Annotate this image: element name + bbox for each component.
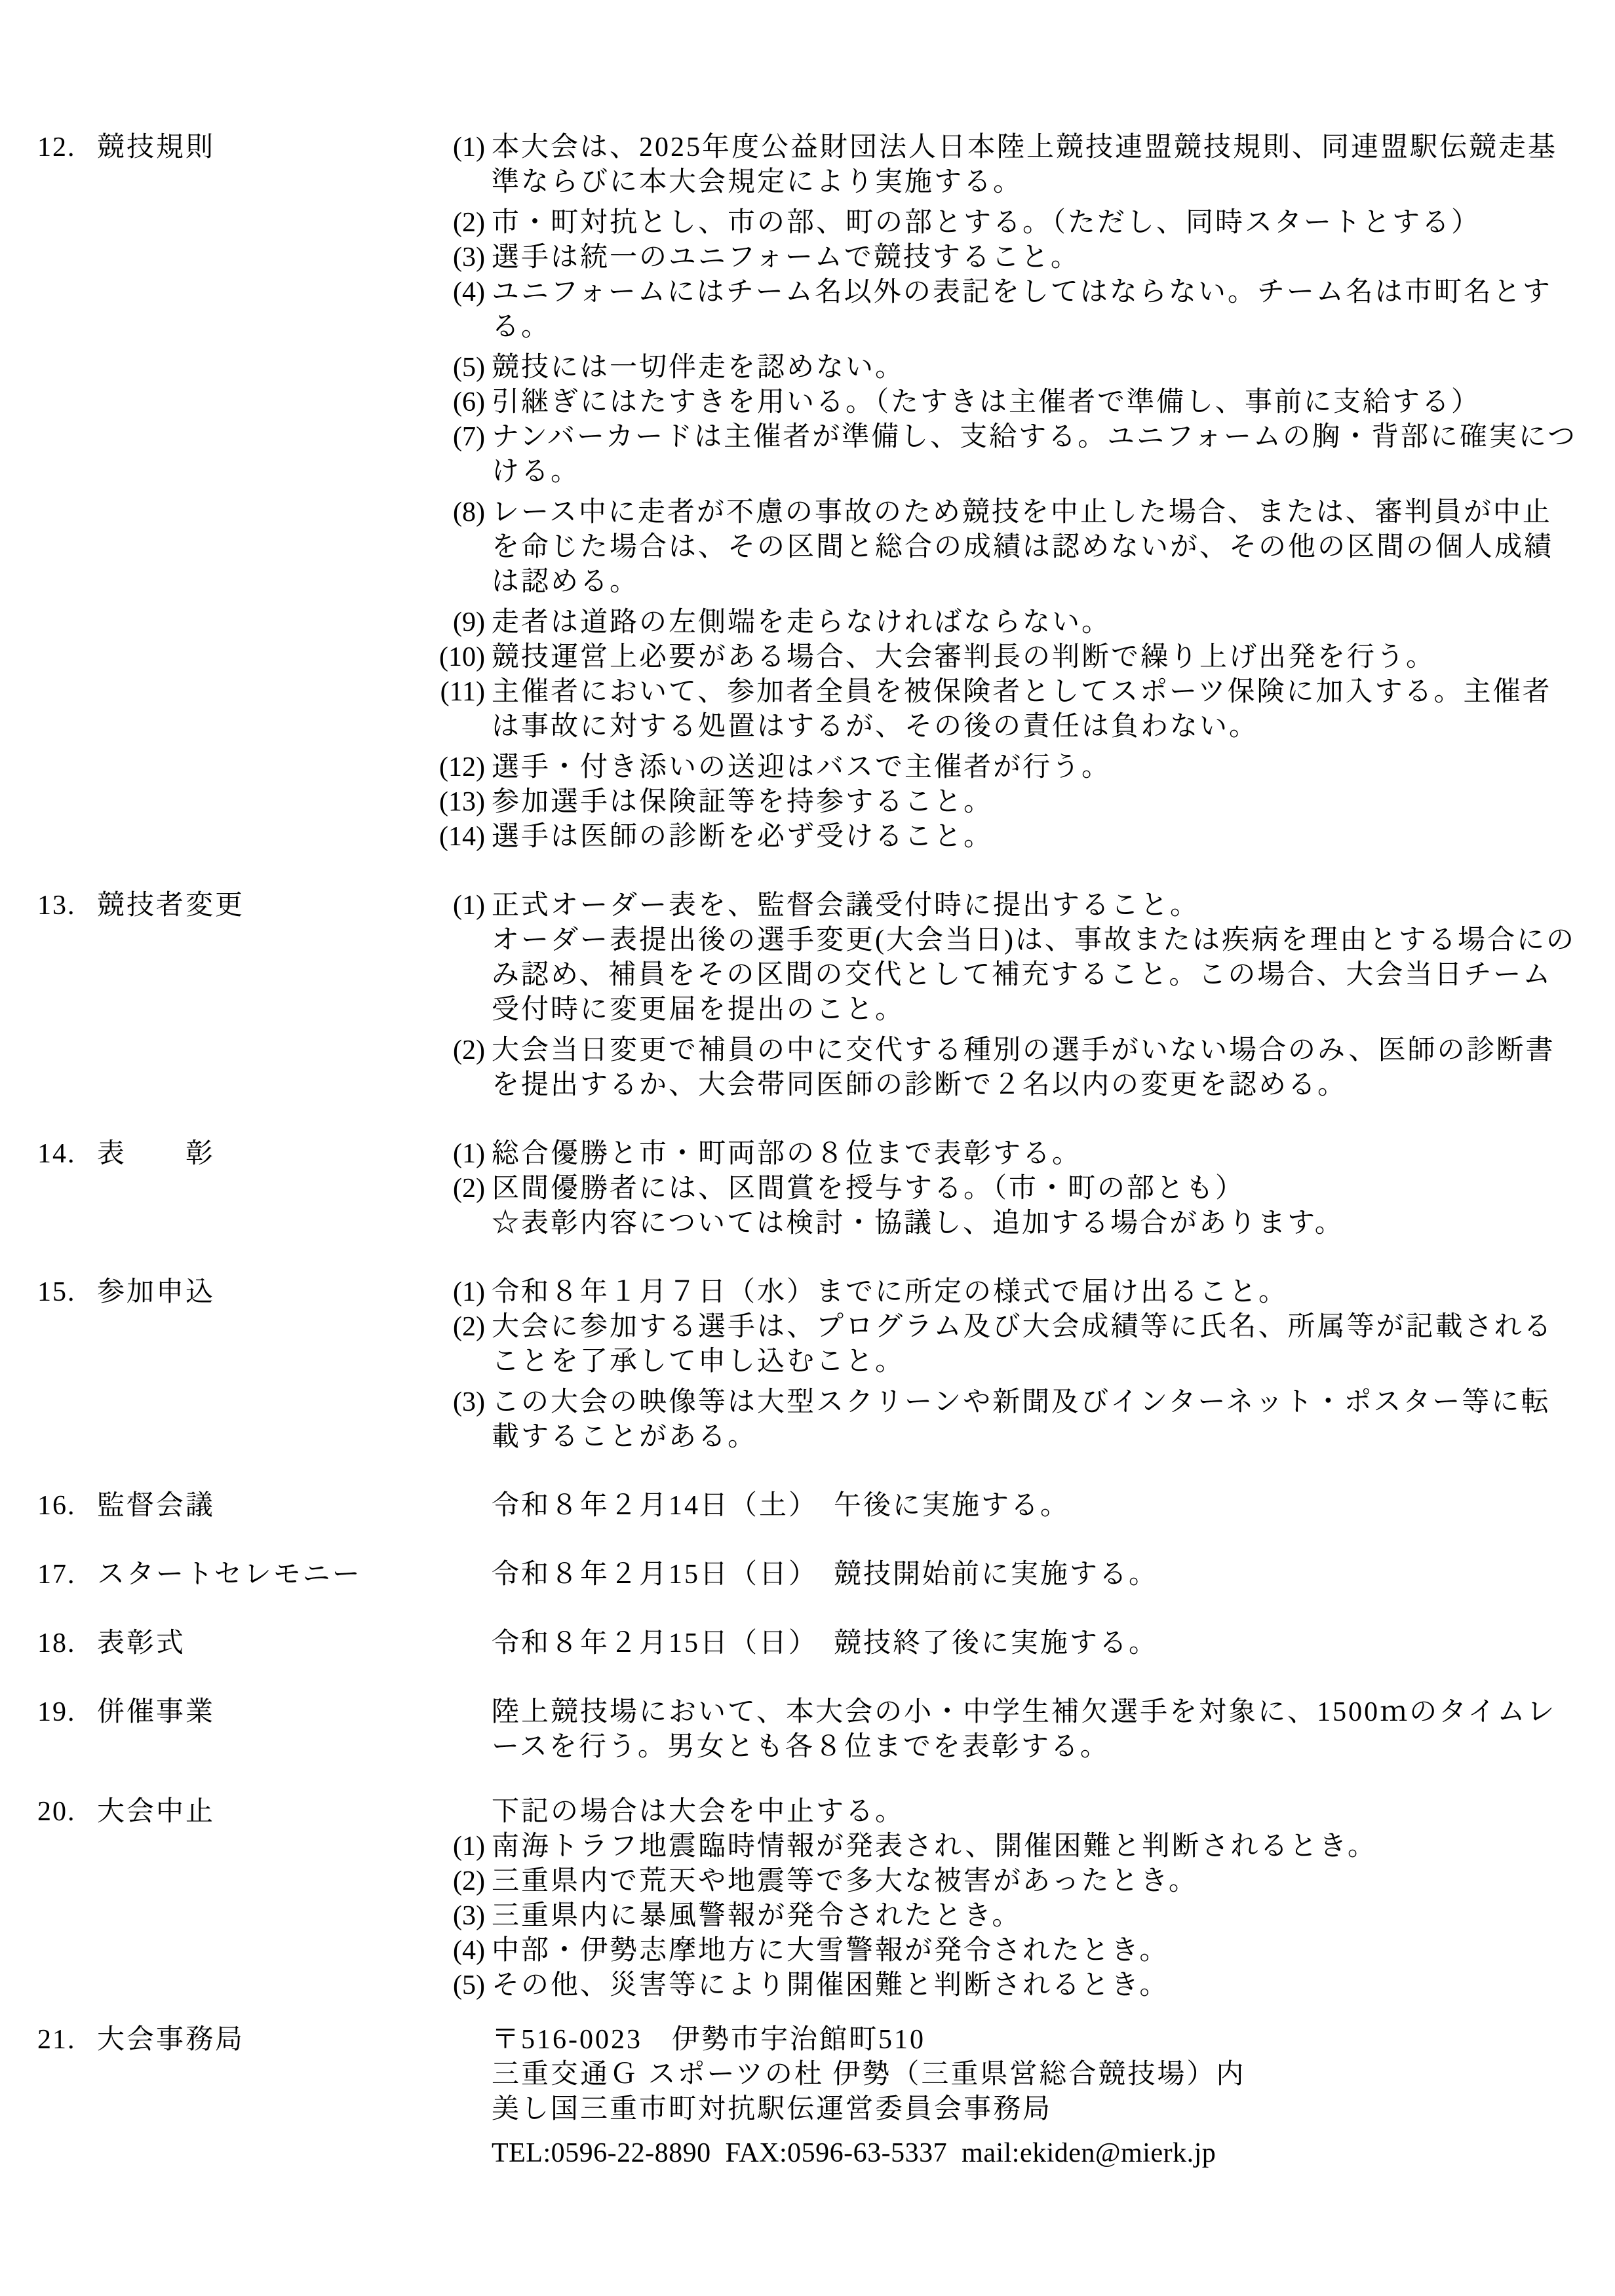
section-13: 13.競技者変更(1)正式オーダー表を、監督会議受付時に提出すること。オーダー表… <box>37 889 1580 1103</box>
clause-text: 令和８年１月７日（水）までに所定の様式で届け出ること。 <box>485 1275 1580 1310</box>
clause-number: (8) <box>433 495 485 530</box>
clause-text: 下記の場合は大会を中止する。 <box>485 1795 1580 1829</box>
section-label: 併催事業 <box>97 1695 433 1730</box>
clause-row: (2)市・町対抗とし、市の部、町の部とする。（ただし、同時スタートとする） <box>433 206 1580 240</box>
section-body: 令和８年２月15日（日） 競技終了後に実施する。 <box>433 1626 1580 1661</box>
clause-text: 競技運営上必要がある場合、大会審判長の判断で繰り上げ出発を行う。 <box>485 640 1580 675</box>
section-number: 12. <box>37 130 97 165</box>
clause-row: (1)総合優勝と市・町両部の８位まで表彰する。 <box>433 1137 1580 1172</box>
section-number: 13. <box>37 889 97 923</box>
clause-number: (1) <box>433 1275 485 1310</box>
clause-text: ☆表彰内容については検討・協議し、追加する場合があります。 <box>485 1206 1580 1241</box>
section-18: 18.表彰式令和８年２月15日（日） 競技終了後に実施する。 <box>37 1626 1580 1661</box>
section-14: 14.表 彰(1)総合優勝と市・町両部の８位まで表彰する。(2)区間優勝者には、… <box>37 1137 1580 1241</box>
clause-text: 三重県内に暴風警報が発令されたとき。 <box>485 1899 1580 1934</box>
clause-text: 〒516-0023 伊勢市宇治館町510 <box>485 2023 1580 2057</box>
text-row: 令和８年２月15日（日） 競技終了後に実施する。 <box>433 1626 1580 1661</box>
clause-row: (3)選手は統一のユニフォームで競技すること。 <box>433 240 1580 275</box>
clause-row: (1)南海トラフ地震臨時情報が発表され、開催困難と判断されるとき。 <box>433 1829 1580 1864</box>
section-number: 15. <box>37 1275 97 1310</box>
clause-text: 選手は統一のユニフォームで競技すること。 <box>485 240 1580 275</box>
section-number: 20. <box>37 1795 97 1829</box>
clause-text: 大会当日変更で補員の中に交代する種別の選手がいない場合のみ、医師の診断書を提出す… <box>485 1033 1580 1103</box>
section-body: 下記の場合は大会を中止する。(1)南海トラフ地震臨時情報が発表され、開催困難と判… <box>433 1795 1580 2003</box>
section-label: 大会事務局 <box>97 2023 433 2057</box>
text-row: 令和８年２月14日（土） 午後に実施する。 <box>433 1489 1580 1523</box>
clause-number: (5) <box>433 1968 485 2003</box>
section-body: 令和８年２月14日（土） 午後に実施する。 <box>433 1489 1580 1523</box>
clause-number: (4) <box>433 275 485 310</box>
clause-text: 令和８年２月15日（日） 競技開始前に実施する。 <box>485 1558 1580 1592</box>
section-body: (1)正式オーダー表を、監督会議受付時に提出すること。オーダー表提出後の選手変更… <box>433 889 1580 1103</box>
clause-text: 陸上競技場において、本大会の小・中学生補欠選手を対象に、1500ｍのタイムレース… <box>485 1695 1580 1765</box>
clause-number: (2) <box>433 1172 485 1206</box>
clause-row: (1)本大会は、2025年度公益財団法人日本陸上競技連盟競技規則、同連盟駅伝競走… <box>433 130 1580 200</box>
clause-text: この大会の映像等は大型スクリーンや新聞及びインターネット・ポスター等に転載するこ… <box>485 1385 1580 1455</box>
clause-number: (12) <box>433 750 485 785</box>
clause-text: 大会に参加する選手は、プログラム及び大会成績等に氏名、所属等が記載されることを了… <box>485 1310 1580 1379</box>
text-row: 三重交通Ｇ スポーツの杜 伊勢（三重県営総合競技場）内 <box>433 2057 1580 2092</box>
clause-row: (1)正式オーダー表を、監督会議受付時に提出すること。 <box>433 889 1580 923</box>
text-row: オーダー表提出後の選手変更(大会当日)は、事故または疾病を理由とする場合にのみ認… <box>433 923 1580 1027</box>
clause-text: 選手は医師の診断を必ず受けること。 <box>485 820 1580 854</box>
section-number: 17. <box>37 1558 97 1592</box>
clause-text: 総合優勝と市・町両部の８位まで表彰する。 <box>485 1137 1580 1172</box>
clause-text: 美し国三重市町対抗駅伝運営委員会事務局 <box>485 2092 1580 2127</box>
section-number: 16. <box>37 1489 97 1523</box>
section-label: 表 彰 <box>97 1137 433 1172</box>
section-label: 監督会議 <box>97 1489 433 1523</box>
clause-row: (9)走者は道路の左側端を走らなければならない。 <box>433 605 1580 640</box>
clause-text: 南海トラフ地震臨時情報が発表され、開催困難と判断されるとき。 <box>485 1829 1580 1864</box>
text-row: ☆表彰内容については検討・協議し、追加する場合があります。 <box>433 1206 1580 1241</box>
section-label: 参加申込 <box>97 1275 433 1310</box>
clause-text: 令和８年２月14日（土） 午後に実施する。 <box>485 1489 1580 1523</box>
text-row: 美し国三重市町対抗駅伝運営委員会事務局 <box>433 2092 1580 2127</box>
clause-row: (11)主催者において、参加者全員を被保険者としてスポーツ保険に加入する。主催者… <box>433 675 1580 744</box>
clause-number: (9) <box>433 605 485 640</box>
clause-text: オーダー表提出後の選手変更(大会当日)は、事故または疾病を理由とする場合にのみ認… <box>485 923 1580 1027</box>
clause-text: 参加選手は保険証等を持参すること。 <box>485 785 1580 820</box>
clause-row: (12)選手・付き添いの送迎はバスで主催者が行う。 <box>433 750 1580 785</box>
clause-row: (2)大会に参加する選手は、プログラム及び大会成績等に氏名、所属等が記載されるこ… <box>433 1310 1580 1379</box>
clause-number: (3) <box>433 1385 485 1420</box>
section-body: 令和８年２月15日（日） 競技開始前に実施する。 <box>433 1558 1580 1592</box>
clause-text: 主催者において、参加者全員を被保険者としてスポーツ保険に加入する。主催者は事故に… <box>485 675 1580 744</box>
section-number: 21. <box>37 2023 97 2057</box>
clause-number: (3) <box>433 1899 485 1934</box>
clause-number: (10) <box>433 640 485 675</box>
section-label: 表彰式 <box>97 1626 433 1661</box>
clause-number: (1) <box>433 130 485 165</box>
clause-text: レース中に走者が不慮の事故のため競技を中止した場合、または、審判員が中止を命じた… <box>485 495 1580 600</box>
clause-number: (2) <box>433 1310 485 1345</box>
clause-text: ユニフォームにはチーム名以外の表記をしてはならない。チーム名は市町名とする。 <box>485 275 1580 345</box>
clause-number: (1) <box>433 1829 485 1864</box>
clause-row: (6)引継ぎにはたすきを用いる。（たすきは主催者で準備し、事前に支給する） <box>433 385 1580 420</box>
clause-number: (2) <box>433 206 485 240</box>
clause-number: (1) <box>433 1137 485 1172</box>
text-row: 令和８年２月15日（日） 競技開始前に実施する。 <box>433 1558 1580 1592</box>
section-number: 18. <box>37 1626 97 1661</box>
section-body: 〒516-0023 伊勢市宇治館町510三重交通Ｇ スポーツの杜 伊勢（三重県営… <box>433 2023 1580 2171</box>
section-16: 16.監督会議令和８年２月14日（土） 午後に実施する。 <box>37 1489 1580 1523</box>
section-label: 大会中止 <box>97 1795 433 1829</box>
clause-text: 正式オーダー表を、監督会議受付時に提出すること。 <box>485 889 1580 923</box>
clause-text: 市・町対抗とし、市の部、町の部とする。（ただし、同時スタートとする） <box>485 206 1580 240</box>
section-label: 競技者変更 <box>97 889 433 923</box>
clause-text: 引継ぎにはたすきを用いる。（たすきは主催者で準備し、事前に支給する） <box>485 385 1580 420</box>
section-number: 14. <box>37 1137 97 1172</box>
clause-text: 本大会は、2025年度公益財団法人日本陸上競技連盟競技規則、同連盟駅伝競走基準な… <box>485 130 1580 200</box>
clause-row: (14)選手は医師の診断を必ず受けること。 <box>433 820 1580 854</box>
text-row: 下記の場合は大会を中止する。 <box>433 1795 1580 1829</box>
clause-row: (4)ユニフォームにはチーム名以外の表記をしてはならない。チーム名は市町名とする… <box>433 275 1580 345</box>
clause-number: (13) <box>433 785 485 820</box>
clause-row: (8)レース中に走者が不慮の事故のため競技を中止した場合、または、審判員が中止を… <box>433 495 1580 600</box>
clause-row: (10)競技運営上必要がある場合、大会審判長の判断で繰り上げ出発を行う。 <box>433 640 1580 675</box>
section-12: 12.競技規則(1)本大会は、2025年度公益財団法人日本陸上競技連盟競技規則、… <box>37 130 1580 854</box>
sections: 12.競技規則(1)本大会は、2025年度公益財団法人日本陸上競技連盟競技規則、… <box>37 130 1580 2171</box>
clause-row: (5)その他、災害等により開催困難と判断されるとき。 <box>433 1968 1580 2003</box>
section-label: 競技規則 <box>97 130 433 165</box>
clause-text: 走者は道路の左側端を走らなければならない。 <box>485 605 1580 640</box>
section-body: (1)本大会は、2025年度公益財団法人日本陸上競技連盟競技規則、同連盟駅伝競走… <box>433 130 1580 854</box>
clause-row: (2)三重県内で荒天や地震等で多大な被害があったとき。 <box>433 1864 1580 1899</box>
section-label: スタートセレモニー <box>97 1558 433 1592</box>
clause-number: (11) <box>433 675 485 710</box>
clause-number: (1) <box>433 889 485 923</box>
clause-text: 選手・付き添いの送迎はバスで主催者が行う。 <box>485 750 1580 785</box>
document-page: 12.競技規則(1)本大会は、2025年度公益財団法人日本陸上競技連盟競技規則、… <box>0 0 1615 2296</box>
text-row: 〒516-0023 伊勢市宇治館町510 <box>433 2023 1580 2057</box>
clause-number: (14) <box>433 820 485 854</box>
section-body: (1)令和８年１月７日（水）までに所定の様式で届け出ること。(2)大会に参加する… <box>433 1275 1580 1455</box>
clause-text: 令和８年２月15日（日） 競技終了後に実施する。 <box>485 1626 1580 1661</box>
clause-number: (2) <box>433 1864 485 1899</box>
clause-number: (4) <box>433 1934 485 1968</box>
text-row: 陸上競技場において、本大会の小・中学生補欠選手を対象に、1500ｍのタイムレース… <box>433 1695 1580 1765</box>
clause-text: 区間優勝者には、区間賞を授与する。（市・町の部とも） <box>485 1172 1580 1206</box>
clause-number: (2) <box>433 1033 485 1068</box>
text-row: TEL:0596-22-8890 FAX:0596-63-5337 mail:e… <box>433 2136 1580 2171</box>
clause-row: (4)中部・伊勢志摩地方に大雪警報が発令されたとき。 <box>433 1934 1580 1968</box>
clause-row: (2)区間優勝者には、区間賞を授与する。（市・町の部とも） <box>433 1172 1580 1206</box>
clause-number: (7) <box>433 420 485 455</box>
clause-row: (3)三重県内に暴風警報が発令されたとき。 <box>433 1899 1580 1934</box>
clause-text: TEL:0596-22-8890 FAX:0596-63-5337 mail:e… <box>485 2136 1580 2171</box>
section-number: 19. <box>37 1695 97 1730</box>
section-15: 15.参加申込(1)令和８年１月７日（水）までに所定の様式で届け出ること。(2)… <box>37 1275 1580 1455</box>
clause-text: 競技には一切伴走を認めない。 <box>485 351 1580 385</box>
clause-row: (13)参加選手は保険証等を持参すること。 <box>433 785 1580 820</box>
clause-text: ナンバーカードは主催者が準備し、支給する。ユニフォームの胸・背部に確実につける。 <box>485 420 1580 489</box>
clause-number: (3) <box>433 240 485 275</box>
clause-row: (3)この大会の映像等は大型スクリーンや新聞及びインターネット・ポスター等に転載… <box>433 1385 1580 1455</box>
section-17: 17.スタートセレモニー令和８年２月15日（日） 競技開始前に実施する。 <box>37 1558 1580 1592</box>
clause-row: (5)競技には一切伴走を認めない。 <box>433 351 1580 385</box>
clause-row: (7)ナンバーカードは主催者が準備し、支給する。ユニフォームの胸・背部に確実につ… <box>433 420 1580 489</box>
clause-text: 三重県内で荒天や地震等で多大な被害があったとき。 <box>485 1864 1580 1899</box>
clause-text: 三重交通Ｇ スポーツの杜 伊勢（三重県営総合競技場）内 <box>485 2057 1580 2092</box>
section-21: 21.大会事務局〒516-0023 伊勢市宇治館町510三重交通Ｇ スポーツの杜… <box>37 2023 1580 2171</box>
section-20: 20.大会中止下記の場合は大会を中止する。(1)南海トラフ地震臨時情報が発表され… <box>37 1795 1580 2003</box>
clause-text: その他、災害等により開催困難と判断されるとき。 <box>485 1968 1580 2003</box>
clause-number: (5) <box>433 351 485 385</box>
section-body: 陸上競技場において、本大会の小・中学生補欠選手を対象に、1500ｍのタイムレース… <box>433 1695 1580 1765</box>
section-19: 19.併催事業陸上競技場において、本大会の小・中学生補欠選手を対象に、1500ｍ… <box>37 1695 1580 1765</box>
clause-row: (2)大会当日変更で補員の中に交代する種別の選手がいない場合のみ、医師の診断書を… <box>433 1033 1580 1103</box>
clause-number: (6) <box>433 385 485 420</box>
clause-row: (1)令和８年１月７日（水）までに所定の様式で届け出ること。 <box>433 1275 1580 1310</box>
section-body: (1)総合優勝と市・町両部の８位まで表彰する。(2)区間優勝者には、区間賞を授与… <box>433 1137 1580 1241</box>
clause-text: 中部・伊勢志摩地方に大雪警報が発令されたとき。 <box>485 1934 1580 1968</box>
